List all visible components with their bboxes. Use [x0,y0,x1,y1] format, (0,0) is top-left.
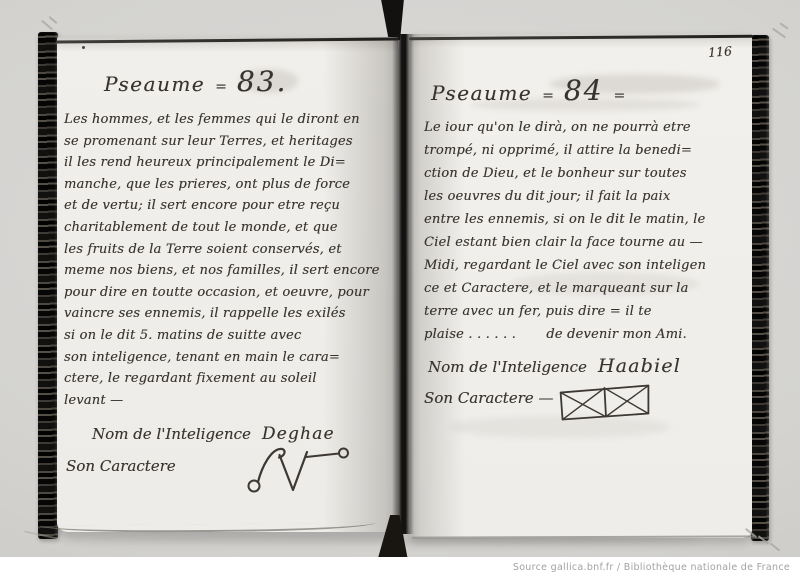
scratch-mark [772,28,786,39]
left-page: Pseaume = 83. Les hommes, et les femmes … [57,37,398,532]
scratch-mark [41,20,53,31]
ink-speck [82,46,85,49]
intelligence-name-line: Nom de l'Inteligence Haabiel [428,355,681,377]
photo-area: Pseaume = 83. Les hommes, et les femmes … [0,0,800,557]
right-page: 116 Pseaume = 84 = Le iour qu'on le dirà… [410,34,752,538]
character-label: Son Caractere — [424,389,553,407]
scratch-mark [779,22,788,29]
psalm-83-body: Les hommes, et les femmes qui le diront … [64,109,394,411]
equals-sign: = [542,88,554,104]
intelligence-label: Nom de l'Inteligence [428,358,587,376]
haabiel-character-sigil [557,382,654,423]
equals-sign: = [614,88,626,104]
psalm-word: Pseaume [431,81,532,105]
psalm-number: 84 [564,74,604,107]
character-label: Son Caractere [66,457,176,475]
psalm-word: Pseaume [104,72,205,96]
scratch-mark [49,16,58,24]
intelligence-label: Nom de l'Inteligence [92,425,251,443]
manuscript-scan-viewport: Pseaume = 83. Les hommes, et les femmes … [0,0,800,578]
page-number: 116 [708,43,733,60]
intelligence-name: Haabiel [598,355,681,377]
psalm-number: 83. [237,65,288,98]
left-cover-edge [38,32,58,539]
equals-sign: = [215,79,227,95]
source-credit-text: Source gallica.bnf.fr / Bibliothèque nat… [513,562,790,573]
psalm-84-heading: Pseaume = 84 = [431,74,625,107]
psalm-83-heading: Pseaume = 83. [104,65,287,98]
credit-bar: Source gallica.bnf.fr / Bibliothèque nat… [0,557,800,578]
psalm-84-body: Le iour qu'on le dirà, on ne pourrà etre… [424,116,754,346]
book-gutter [392,34,414,534]
deghae-character-sigil [245,440,353,498]
scratch-mark [770,543,781,552]
